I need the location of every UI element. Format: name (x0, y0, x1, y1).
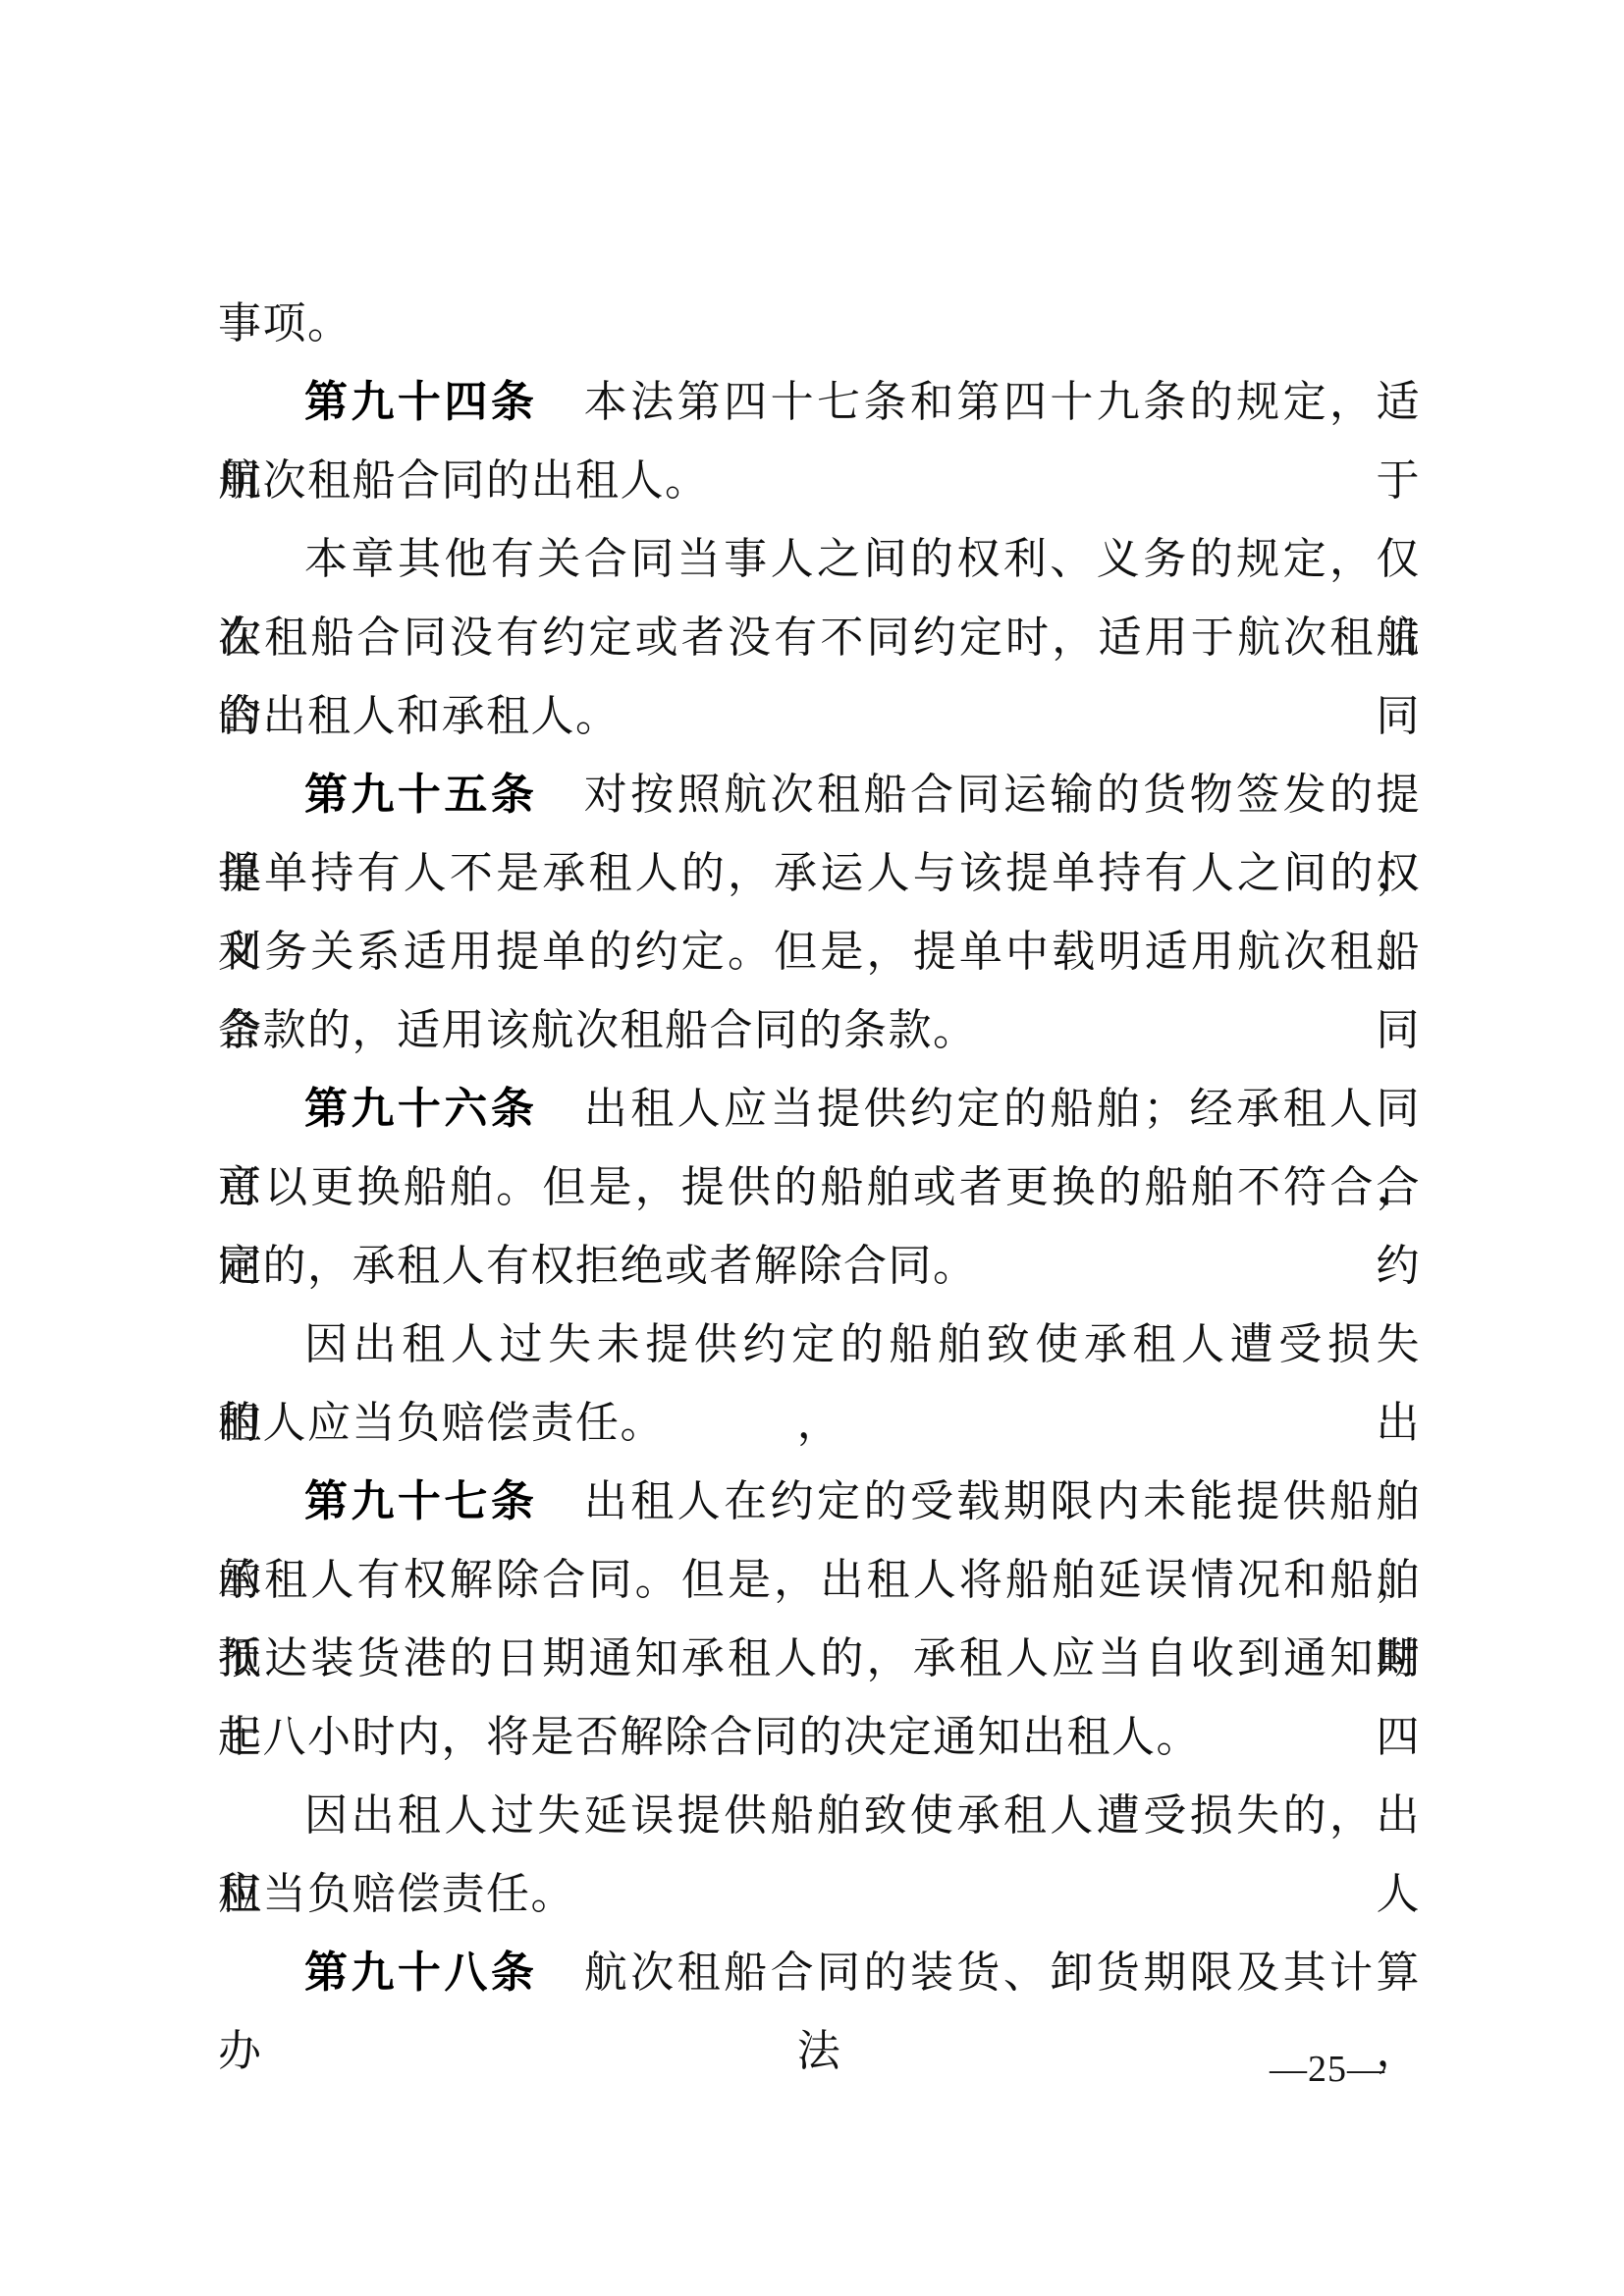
page-number: —25— (1270, 2048, 1385, 2092)
article-heading-line: 第九十五条 对按照航次租船合同运输的货物签发的提单， (218, 756, 1421, 834)
article-number: 第九十四条 (304, 378, 584, 426)
article-heading-line: 第九十八条 航次租船合同的装货、卸货期限及其计算办法， (218, 1934, 1421, 2012)
article-number: 第九十八条 (304, 1949, 584, 1997)
line-text: 定的，承租人有权拒绝或者解除合同。 (218, 1242, 978, 1290)
article-number: 第九十七条 (304, 1477, 584, 1525)
text-line: 承租人有权解除合同。但是，出租人将船舶延误情况和船舶预期 (218, 1541, 1421, 1620)
article-heading-line: 第九十六条 出租人应当提供约定的船舶；经承租人同意， (218, 1070, 1421, 1148)
text-line: 抵达装货港的日期通知承租人的，承租人应当自收到通知时起四 (218, 1620, 1421, 1698)
text-line: 因出租人过失未提供约定的船舶致使承租人遭受损失的，出 (218, 1306, 1421, 1384)
text-line: 次租船合同没有约定或者没有不同约定时，适用于航次租船合同 (218, 599, 1421, 677)
line-text: 航次租船合同的出租人。 (218, 456, 710, 505)
line-text: 应当负赔偿责任。 (218, 1870, 575, 1918)
line-text: 条款的，适用该航次租船合同的条款。 (218, 1006, 978, 1054)
text-line: 提单持有人不是承租人的，承运人与该提单持有人之间的权利、 (218, 834, 1421, 913)
text-line: 本章其他有关合同当事人之间的权利、义务的规定，仅在航 (218, 520, 1421, 599)
text-line: 义务关系适用提单的约定。但是，提单中载明适用航次租船合同 (218, 913, 1421, 991)
text-line: 事项。 (218, 285, 1421, 363)
article-number: 第九十六条 (304, 1085, 584, 1133)
article-heading-line: 第九十七条 出租人在约定的受载期限内未能提供船舶的， (218, 1463, 1421, 1541)
article-number: 第九十五条 (304, 771, 584, 819)
text-line: 可以更换船舶。但是，提供的船舶或者更换的船舶不符合合同约 (218, 1148, 1421, 1227)
document-page: 事项。第九十四条 本法第四十七条和第四十九条的规定，适用于航次租船合同的出租人。… (0, 0, 1624, 2296)
legal-text-block: 事项。第九十四条 本法第四十七条和第四十九条的规定，适用于航次租船合同的出租人。… (218, 285, 1421, 2012)
article-heading-line: 第九十四条 本法第四十七条和第四十九条的规定，适用于 (218, 363, 1421, 442)
line-text: 事项。 (218, 299, 352, 347)
line-text: 十八小时内，将是否解除合同的决定通知出租人。 (218, 1713, 1201, 1761)
text-line: 因出租人过失延误提供船舶致使承租人遭受损失的，出租人 (218, 1777, 1421, 1855)
line-text: 的出租人和承租人。 (218, 692, 621, 740)
line-text: 租人应当负赔偿责任。 (218, 1399, 665, 1447)
